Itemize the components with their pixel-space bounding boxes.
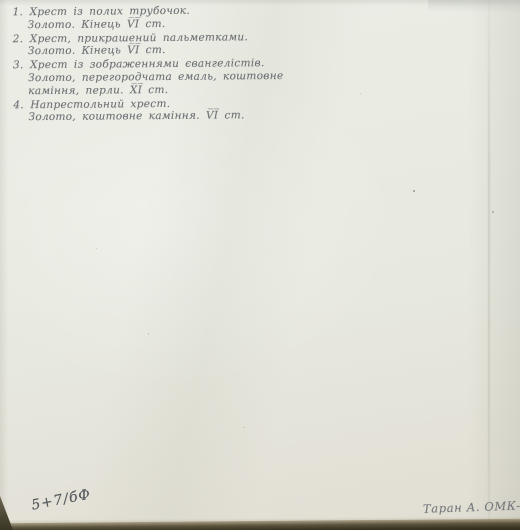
bottom-left-mark: 5+7/бФ bbox=[30, 486, 92, 513]
list-item: 3. Хрест із зображеннями євангелістів. З… bbox=[13, 57, 313, 98]
list-item: 2. Хрест, прикрашений пальметками. Золот… bbox=[13, 30, 313, 58]
paper-speck bbox=[360, 93, 361, 94]
paper-crease-line bbox=[488, 0, 490, 530]
paper-speck bbox=[96, 248, 97, 249]
item-detail: Золото, коштовне каміння. V̅I̅ ст. bbox=[28, 110, 244, 125]
item-detail: Золото. Кінець V̅I̅ ст. bbox=[28, 18, 191, 32]
list-item: 4. Напрестольний хрест. Золото, коштовне… bbox=[13, 96, 313, 124]
paper-speck bbox=[492, 211, 494, 213]
inventory-list: 1. Хрест із полих трубочок. Золото. Кіне… bbox=[12, 4, 313, 126]
paper-speck bbox=[148, 333, 149, 335]
photo-card-back: 1. Хрест із полих трубочок. Золото. Кіне… bbox=[0, 0, 520, 530]
item-detail: каміння, перли. X̅I̅ ст. bbox=[28, 83, 283, 98]
author-signature: Таран А. ОМК-2 bbox=[423, 498, 520, 516]
paper-speck bbox=[243, 427, 245, 428]
bottom-left-corner-edge bbox=[0, 496, 13, 530]
item-detail: Золото. Кінець V̅I̅ ст. bbox=[28, 44, 248, 59]
list-item: 1. Хрест із полих трубочок. Золото. Кіне… bbox=[12, 4, 312, 32]
paper-speck bbox=[413, 190, 415, 192]
top-right-corner-patch bbox=[428, 0, 520, 14]
